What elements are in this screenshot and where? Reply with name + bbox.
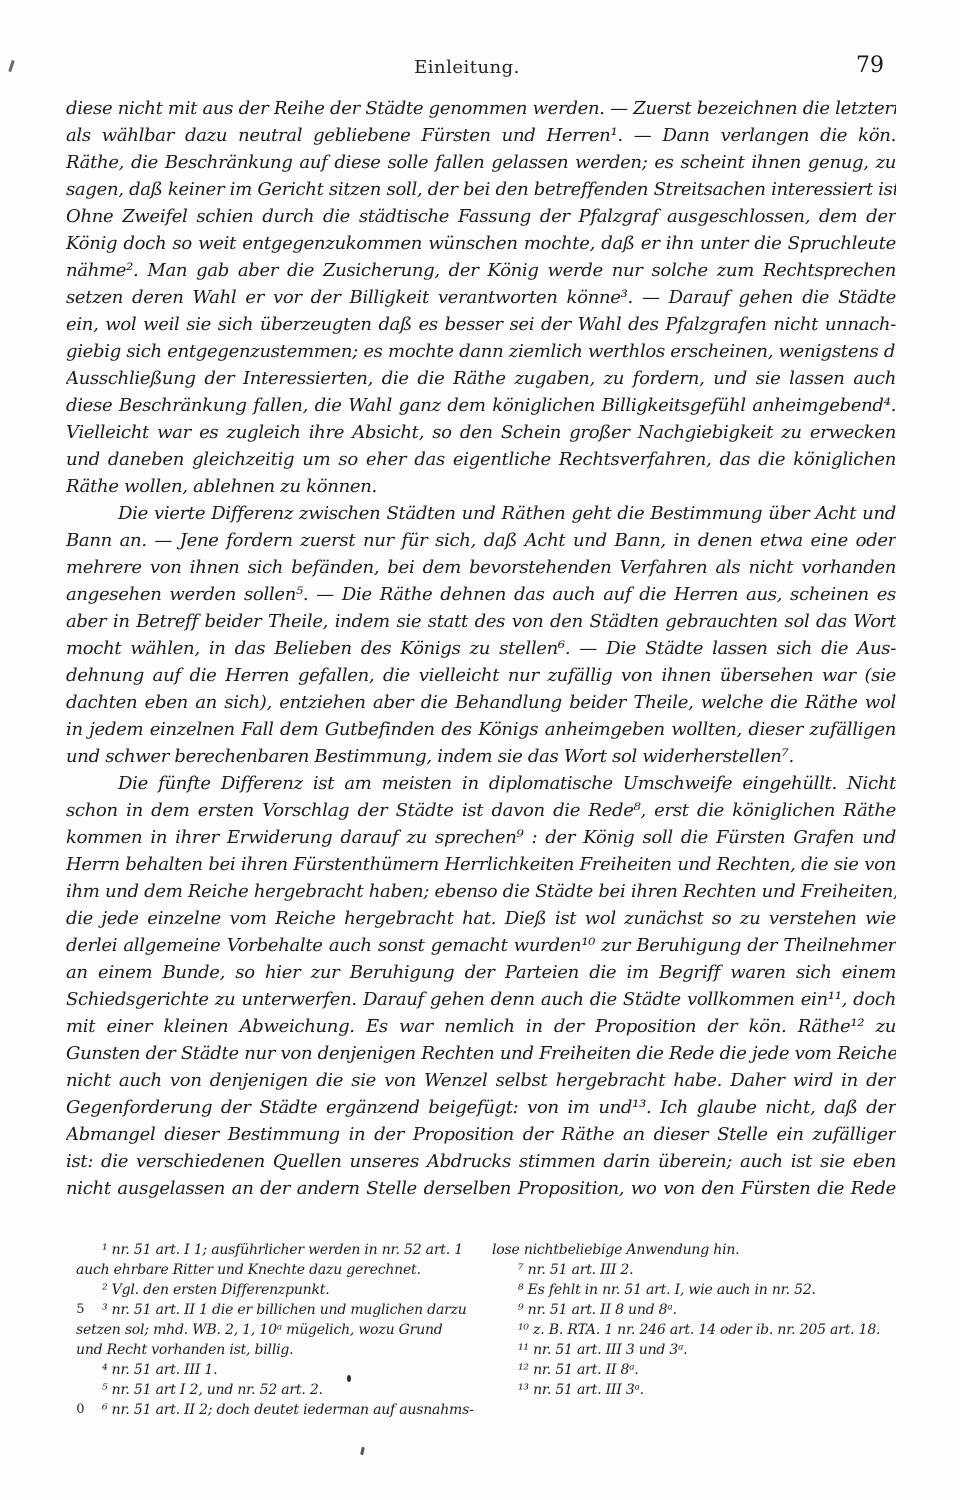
text-line: diese Beschränkung fallen, die Wahl ganz… — [66, 392, 896, 419]
text-line: angesehen werden sollen⁵. — Die Räthe de… — [66, 581, 896, 608]
text-line-text: in jedem einzelnen Fall dem Gutbefinden … — [66, 719, 896, 740]
text-line-text: Ausschließung der Interessierten, die di… — [66, 368, 896, 389]
footnote-line: ⁹ nr. 51 art. II 8 und 8ᵃ. — [492, 1300, 938, 1320]
scanned-book-page: Einleitung. 79 diese nicht mit aus der R… — [0, 0, 960, 1500]
text-line-text: giebig sich entgegenzustemmen; es mochte… — [66, 341, 896, 362]
text-line-text: Gegenforderung der Städte ergänzend beig… — [66, 1097, 896, 1118]
text-line: nähme². Man gab aber die Zusicherung, de… — [66, 257, 896, 284]
text-line: schon in dem ersten Vorschlag der Städte… — [66, 797, 896, 824]
text-line: mocht wählen, in das Belieben des Königs… — [66, 635, 896, 662]
page-number: 79 — [856, 53, 884, 78]
scan-artifact — [347, 1375, 351, 1382]
text-line-text: nähme². Man gab aber die Zusicherung, de… — [66, 260, 896, 281]
footnote-text: lose nichtbeliebige Anwendung hin. — [492, 1242, 739, 1258]
footnote-text: ¹² nr. 51 art. II 8ᵃ. — [518, 1362, 639, 1378]
footnote-text: ³ nr. 51 art. II 1 die er billichen und … — [102, 1302, 467, 1318]
footnote-line: ¹¹ nr. 51 art. III 3 und 3ᵃ. — [492, 1340, 938, 1360]
text-line: Schiedsgerichte zu unterwerfen. Darauf g… — [66, 986, 896, 1013]
text-line: 15Räthe wollen, ablehnen zu können. — [66, 473, 896, 500]
text-line: diese nicht mit aus der Reihe der Städte… — [66, 95, 896, 122]
text-line-text: Die fünfte Differenz ist am meisten in d… — [118, 773, 896, 794]
text-line: und daneben gleichzeitig um so eher das … — [66, 446, 896, 473]
footnote-text: setzen sol; mhd. WB. 2, 1, 10ᵃ mügelich,… — [76, 1322, 443, 1338]
footnote-text: ¹³ nr. 51 art. III 3ᵃ. — [518, 1382, 644, 1398]
footnote-line: auch ehrbare Ritter und Knechte dazu ger… — [76, 1260, 478, 1280]
footnote-line: ⁸ Es fehlt in nr. 51 art. I, wie auch in… — [492, 1280, 938, 1300]
text-line-text: und schwer berechenbaren Bestimmung, ind… — [66, 746, 794, 767]
text-line: 10giebig sich entgegenzustemmen; es moch… — [66, 338, 896, 365]
footnote-text: und Recht vorhanden ist, billig. — [76, 1342, 293, 1358]
text-line-text: diese Beschränkung fallen, die Wahl ganz… — [66, 395, 896, 416]
footnote-line: ⁴ nr. 51 art. III 1. — [76, 1360, 478, 1380]
text-line-text: ihm und dem Reiche hergebracht haben; eb… — [66, 881, 896, 902]
text-line-text: mit einer kleinen Abweichung. Es war nem… — [66, 1016, 896, 1037]
text-line: ein, wol weil sie sich überzeugten daß e… — [66, 311, 896, 338]
text-line-text: an einem Bunde, so hier zur Beruhigung d… — [66, 962, 896, 983]
text-line-text: dachten eben an sich), entziehen aber di… — [66, 692, 896, 713]
text-line-text: schon in dem ersten Vorschlag der Städte… — [66, 800, 896, 821]
footnote-line: ¹² nr. 51 art. II 8ᵃ. — [492, 1360, 938, 1380]
text-line-text: mehrere von ihnen sich befänden, bei dem… — [66, 557, 896, 578]
text-line: sagen, daß keiner im Gericht sitzen soll… — [66, 176, 896, 203]
text-line-text: Herrn behalten bei ihren Fürstenthümern … — [66, 854, 896, 875]
footnote-line: setzen sol; mhd. WB. 2, 1, 10ᵃ mügelich,… — [76, 1320, 478, 1340]
text-line-text: Räthe wollen, ablehnen zu können. — [66, 476, 377, 497]
text-line-text: Schiedsgerichte zu unterwerfen. Darauf g… — [66, 989, 896, 1010]
text-line: kommen in ihrer Erwiderung darauf zu spr… — [66, 824, 896, 851]
text-line-text: ist: die verschiedenen Quellen unseres A… — [66, 1151, 896, 1172]
text-line-text: Die vierte Differenz zwischen Städten un… — [118, 503, 896, 524]
footnote-text: ⁹ nr. 51 art. II 8 und 8ᵃ. — [518, 1302, 677, 1318]
text-line: dachten eben an sich), entziehen aber di… — [66, 689, 896, 716]
footnote-text: ⁵ nr. 51 art I 2, und nr. 52 art. 2. — [102, 1382, 323, 1398]
text-line: an einem Bunde, so hier zur Beruhigung d… — [66, 959, 896, 986]
text-line: 40ist: die verschiedenen Quellen unseres… — [66, 1148, 896, 1175]
footnotes-right-column: lose nichtbeliebige Anwendung hin. ⁷ nr.… — [492, 1240, 938, 1400]
text-line: Die vierte Differenz zwischen Städten un… — [66, 500, 896, 527]
footnote-line: lose nichtbeliebige Anwendung hin. — [492, 1240, 938, 1260]
running-title: Einleitung. — [0, 57, 934, 78]
text-line-text: als wählbar dazu neutral gebliebene Fürs… — [66, 125, 896, 146]
text-line-text: kommen in ihrer Erwiderung darauf zu spr… — [66, 827, 896, 848]
text-line: Die fünfte Differenz ist am meisten in d… — [66, 770, 896, 797]
text-line-text: setzen deren Wahl er vor der Billigkeit … — [66, 287, 896, 308]
text-line-text: derlei allgemeine Vorbehalte auch sonst … — [66, 935, 896, 956]
text-line-text: Räthe, die Beschränkung auf diese solle … — [66, 152, 896, 173]
text-line-text: Bann an. — Jene fordern zuerst nur für s… — [66, 530, 896, 551]
text-line: nicht auch von denjenigen die sie von We… — [66, 1067, 896, 1094]
text-line: mehrere von ihnen sich befänden, bei dem… — [66, 554, 896, 581]
text-line: 30ihm und dem Reiche hergebracht haben; … — [66, 878, 896, 905]
text-line: Abmangel dieser Bestimmung in der Propos… — [66, 1121, 896, 1148]
footnote-text: auch ehrbare Ritter und Knechte dazu ger… — [76, 1262, 421, 1278]
text-line: derlei allgemeine Vorbehalte auch sonst … — [66, 932, 896, 959]
text-line-text: und daneben gleichzeitig um so eher das … — [66, 449, 896, 470]
text-line: 5Ohne Zweifel schien durch die städtisch… — [66, 203, 896, 230]
text-line-text: Gunsten der Städte nur von denjenigen Re… — [66, 1043, 896, 1064]
footnote-text: ¹⁰ z. B. RTA. 1 nr. 246 art. 14 oder ib.… — [518, 1322, 880, 1338]
footnote-text: ⁴ nr. 51 art. III 1. — [102, 1362, 217, 1378]
text-line: dehnung auf die Herren gefallen, die vie… — [66, 662, 896, 689]
text-line-text: Ohne Zweifel schien durch die städtische… — [66, 206, 896, 227]
text-line: Vielleicht war es zugleich ihre Absicht,… — [66, 419, 896, 446]
footnote-text: ⁸ Es fehlt in nr. 51 art. I, wie auch in… — [518, 1282, 816, 1298]
text-line-text: angesehen werden sollen⁵. — Die Räthe de… — [66, 584, 896, 605]
text-line: Gegenforderung der Städte ergänzend beig… — [66, 1094, 896, 1121]
text-line: 35mit einer kleinen Abweichung. Es war n… — [66, 1013, 896, 1040]
text-line: nicht ausgelassen an der andern Stelle d… — [66, 1175, 896, 1202]
text-line: König doch so weit entgegenzukommen wüns… — [66, 230, 896, 257]
footnote-text: ¹¹ nr. 51 art. III 3 und 3ᵃ. — [518, 1342, 687, 1358]
text-line-text: ein, wol weil sie sich überzeugten daß e… — [66, 314, 896, 335]
footnote-line: ¹³ nr. 51 art. III 3ᵃ. — [492, 1380, 938, 1400]
text-line: Gunsten der Städte nur von denjenigen Re… — [66, 1040, 896, 1067]
scan-artifact — [360, 1447, 365, 1455]
text-line: in jedem einzelnen Fall dem Gutbefinden … — [66, 716, 896, 743]
text-line-text: nicht ausgelassen an der andern Stelle d… — [66, 1178, 896, 1199]
text-line-text: Vielleicht war es zugleich ihre Absicht,… — [66, 422, 896, 443]
footnote-text: ⁷ nr. 51 art. III 2. — [518, 1262, 633, 1278]
footnote-text: ² Vgl. den ersten Differenzpunkt. — [102, 1282, 329, 1298]
text-line: 20aber in Betreff beider Theile, indem s… — [66, 608, 896, 635]
text-line: Herrn behalten bei ihren Fürstenthümern … — [66, 851, 896, 878]
footnote-line: 50⁶ nr. 51 art. II 2; doch deutet iederm… — [76, 1400, 478, 1420]
footnote-line: ² Vgl. den ersten Differenzpunkt. — [76, 1280, 478, 1300]
text-line-text: diese nicht mit aus der Reihe der Städte… — [66, 98, 896, 119]
text-line: Räthe, die Beschränkung auf diese solle … — [66, 149, 896, 176]
footnote-line: ⁵ nr. 51 art I 2, und nr. 52 art. 2. — [76, 1380, 478, 1400]
footnote-line: ¹ nr. 51 art. I 1; ausführlicher werden … — [76, 1240, 478, 1260]
footnote-line: ¹⁰ z. B. RTA. 1 nr. 246 art. 14 oder ib.… — [492, 1320, 938, 1340]
text-line-text: Abmangel dieser Bestimmung in der Propos… — [66, 1124, 896, 1145]
footnote-line: ⁷ nr. 51 art. III 2. — [492, 1260, 938, 1280]
text-line: setzen deren Wahl er vor der Billigkeit … — [66, 284, 896, 311]
text-line-text: sagen, daß keiner im Gericht sitzen soll… — [66, 179, 896, 200]
footnotes-left-column: ¹ nr. 51 art. I 1; ausführlicher werden … — [76, 1240, 478, 1420]
footnote-line: 45³ nr. 51 art. II 1 die er billichen un… — [76, 1300, 478, 1320]
body-text: diese nicht mit aus der Reihe der Städte… — [66, 95, 896, 1202]
text-line-text: die jede einzelne vom Reiche hergebracht… — [66, 908, 896, 929]
text-line-text: aber in Betreff beider Theile, indem sie… — [66, 611, 896, 632]
text-line: 25und schwer berechenbaren Bestimmung, i… — [66, 743, 896, 770]
text-line: Bann an. — Jene fordern zuerst nur für s… — [66, 527, 896, 554]
text-line: als wählbar dazu neutral gebliebene Fürs… — [66, 122, 896, 149]
text-line-text: König doch so weit entgegenzukommen wüns… — [66, 233, 896, 254]
text-line-text: dehnung auf die Herren gefallen, die vie… — [66, 665, 896, 686]
text-line-text: mocht wählen, in das Belieben des Königs… — [66, 638, 896, 659]
text-line: Ausschließung der Interessierten, die di… — [66, 365, 896, 392]
text-line: die jede einzelne vom Reiche hergebracht… — [66, 905, 896, 932]
footnote-text: ⁶ nr. 51 art. II 2; doch deutet iederman… — [102, 1402, 474, 1418]
text-line-text: nicht auch von denjenigen die sie von We… — [66, 1070, 896, 1091]
footnote-text: ¹ nr. 51 art. I 1; ausführlicher werden … — [102, 1242, 463, 1258]
footnote-line: und Recht vorhanden ist, billig. — [76, 1340, 478, 1360]
